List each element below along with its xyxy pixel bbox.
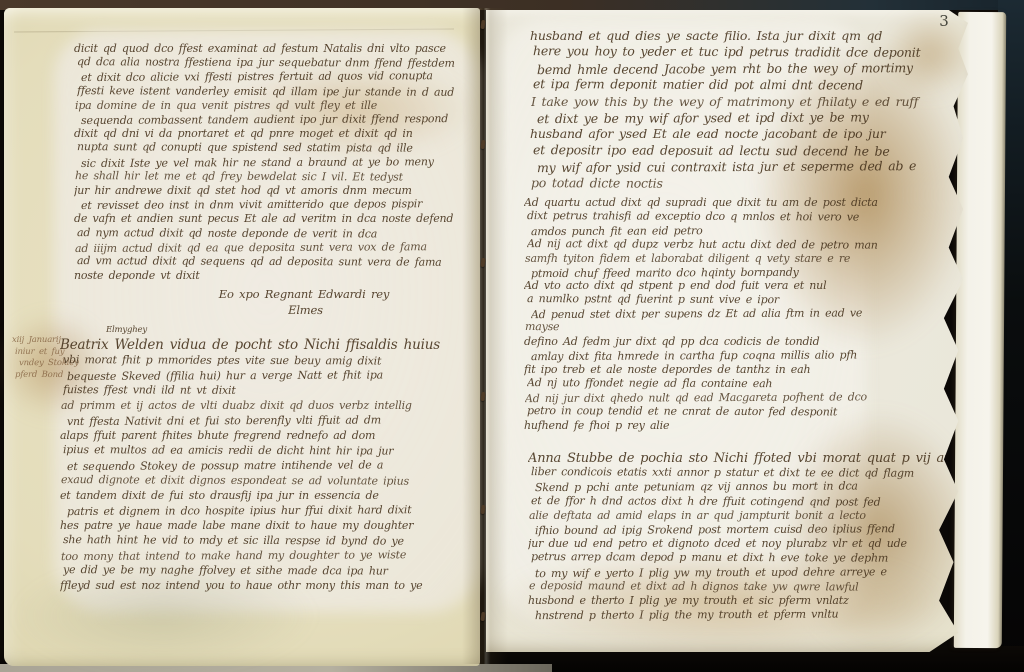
manuscript-line: Ad nij jur dixt qhedo nult qd ead Macgar… [525, 390, 956, 406]
manuscript-line: Eo xpo Regnant Edwardi rey [174, 286, 434, 302]
manuscript-line: fit ipo treb et ale noste depordes de ta… [524, 363, 956, 377]
manuscript-line: sequenda combassent tandem audient ipo j… [81, 112, 476, 128]
right-text-block-anna-stubbe: Anna Stubbe de pochia sto Nichi ffoted v… [528, 452, 958, 627]
underlying-page-edge [954, 12, 1006, 648]
manuscript-line: defino Ad fedm jur dixt qd pp dca codici… [524, 335, 956, 349]
manuscript-line: ffesti keve istent vanderley emisit qd i… [77, 84, 476, 100]
manuscript-line: ipa domine de in qua venit pistres qd vu… [75, 99, 476, 113]
manuscript-line: ptmoid chuf ffeed marito dco hqinty born… [531, 264, 956, 280]
manuscript-line: hes patre ye haue made labe mane dixit t… [60, 518, 474, 533]
manuscript-line: sic dixit Iste ye vel mak hir ne stand a… [81, 155, 476, 171]
manuscript-line: nupta sunt qd conupti que spistend sed s… [77, 141, 476, 157]
binding-stitch [480, 505, 485, 514]
manuscript-line: petrus arrep dcam depod p manu et dixt h… [531, 550, 958, 566]
manuscript-photo: 3 husband et qud dies ye sacte filio. Is… [0, 0, 1024, 672]
manuscript-line: husband afor ysed Et ale ead nocte jacob… [530, 126, 958, 142]
manuscript-line: jur due ud end petro et dignoto dced et … [528, 537, 958, 551]
manuscript-line: dicit qd quod dco ffest examinat ad fest… [74, 42, 476, 56]
manuscript-line: petro in coup tendid et ne cnrat de auto… [527, 404, 956, 420]
manuscript-line: noste deponde vt dixit [74, 269, 476, 283]
left-text-block-1: dicit qd quod dco ffest examinat ad fest… [74, 42, 476, 286]
manuscript-line: po totad dicte noctis [531, 175, 958, 193]
right-text-block-2: Ad quartu actud dixt qd supradi que dixi… [524, 196, 956, 436]
manuscript-line: e deposid maund et dixt ad h dignos take… [529, 579, 958, 595]
regnal-year-closing: Eo xpo Regnant Edwardi reyElmes [174, 286, 434, 318]
binding-stitch [480, 612, 485, 621]
manuscript-line: exaud dignote et dixit dignos espondeat … [61, 472, 474, 489]
manuscript-line: Ad quartu actud dixt qd supradi que dixi… [524, 196, 956, 210]
manuscript-line: ad primm et ij actos de vlti duabz dixit… [61, 398, 474, 413]
manuscript-line: fuistes ffest vndi ild nt vt dixit [63, 382, 474, 399]
manuscript-line: Elmes [177, 301, 434, 318]
manuscript-line: he shall hir let me et qd frey bewdelat … [75, 169, 476, 185]
manuscript-line: vnt ffesta Nativit dni et fui sto berenf… [67, 412, 474, 429]
left-page: dicit qd quod dco ffest examinat ad fest… [4, 8, 480, 666]
manuscript-line: ye did ye be my naghe ffolvey et sithe m… [63, 562, 474, 579]
manuscript-line: de vafn et andien sunt pecus Et ale ad v… [74, 212, 476, 226]
manuscript-line: Skend p pchi ante petuniam qz vij annos … [535, 479, 958, 495]
manuscript-line: here you hoy to yeder et tuc ipd petrus … [533, 43, 958, 61]
manuscript-line: hufhend fe fhoi p rey alie [524, 419, 956, 433]
manuscript-line: ad vm actud dixit qd sequens qd ad depos… [77, 254, 476, 270]
manuscript-line: jur hir andrewe dixit qd stet hod qd vt … [74, 184, 476, 198]
manuscript-line: dixit qd dni vi da pnortaret et qd pnre … [74, 127, 476, 141]
manuscript-line: alaps ffuit parent fhites bhute fregrend… [60, 428, 474, 443]
manuscript-line: ifhio bound ad ipig Srokend post mortem … [535, 522, 958, 538]
binding-stitch [480, 392, 485, 401]
manuscript-line: et ipa ferm deponit matier did pot almi … [533, 76, 958, 94]
manuscript-line: Ad nij act dixt qd dupz verbz hut actu d… [527, 237, 956, 253]
manuscript-line: et de ffor h dnd actos dixt h dre ffuit … [531, 494, 958, 510]
manuscript-line: husbond e therto I plig ye my trouth et … [528, 594, 958, 608]
page-fold-crease [14, 28, 454, 32]
manuscript-line: I take yow this by the wey of matrimony … [531, 94, 958, 110]
right-text-block-1: husband et qud dies ye sacte filio. Ista… [530, 28, 958, 196]
entry-heading-text: Elmyghey [106, 325, 226, 335]
entry-heading: Elmyghey [106, 325, 226, 335]
manuscript-line: mayse [525, 320, 956, 336]
manuscript-line: my wif afor ysid cui contraxit ista jur … [537, 158, 958, 177]
manuscript-line: et revisset deo inst in dnm vivit amitte… [81, 197, 476, 213]
manuscript-line: amlay dixt fita hmrede in cartha fup coq… [531, 348, 956, 364]
manuscript-line: samfh tyiton fidem et laborabat diligent… [525, 252, 956, 266]
manuscript-line: ffleyd sud est noz intend you to haue ot… [60, 578, 474, 593]
manuscript-line: et dixit dco alicie vxi ffesti pistres f… [81, 69, 476, 85]
left-text-block-beatrix-welden: Beatrix Welden vidua de pocht sto Nichi … [60, 338, 474, 596]
binding-stitch [480, 258, 485, 267]
manuscript-line: Beatrix Welden vidua de pocht sto Nichi … [60, 338, 474, 353]
manuscript-line: et dixt ye be my wif afor ysed et ipd di… [537, 109, 958, 128]
manuscript-line: hnstrend p therto I plig the my trouth e… [535, 607, 958, 623]
binding-stitch [480, 140, 485, 149]
manuscript-line: husband et qud dies ye sacte filio. Ista… [530, 28, 958, 44]
manuscript-line: alie deftata ad amid elaps in ar qud jam… [529, 509, 958, 523]
manuscript-line: patris et dignem in dco hospite ipius hu… [67, 502, 474, 519]
binding-stitch [480, 20, 485, 29]
manuscript-line: et tandem dixit de fui sto drausfij ipa … [60, 488, 474, 503]
right-page: 3 husband et qud dies ye sacte filio. Is… [486, 10, 968, 652]
manuscript-line: Anna Stubbe de pochia sto Nichi ffoted v… [528, 452, 958, 466]
manuscript-line: Ad vto acto dixt qd stpent p end dod fui… [524, 279, 956, 293]
